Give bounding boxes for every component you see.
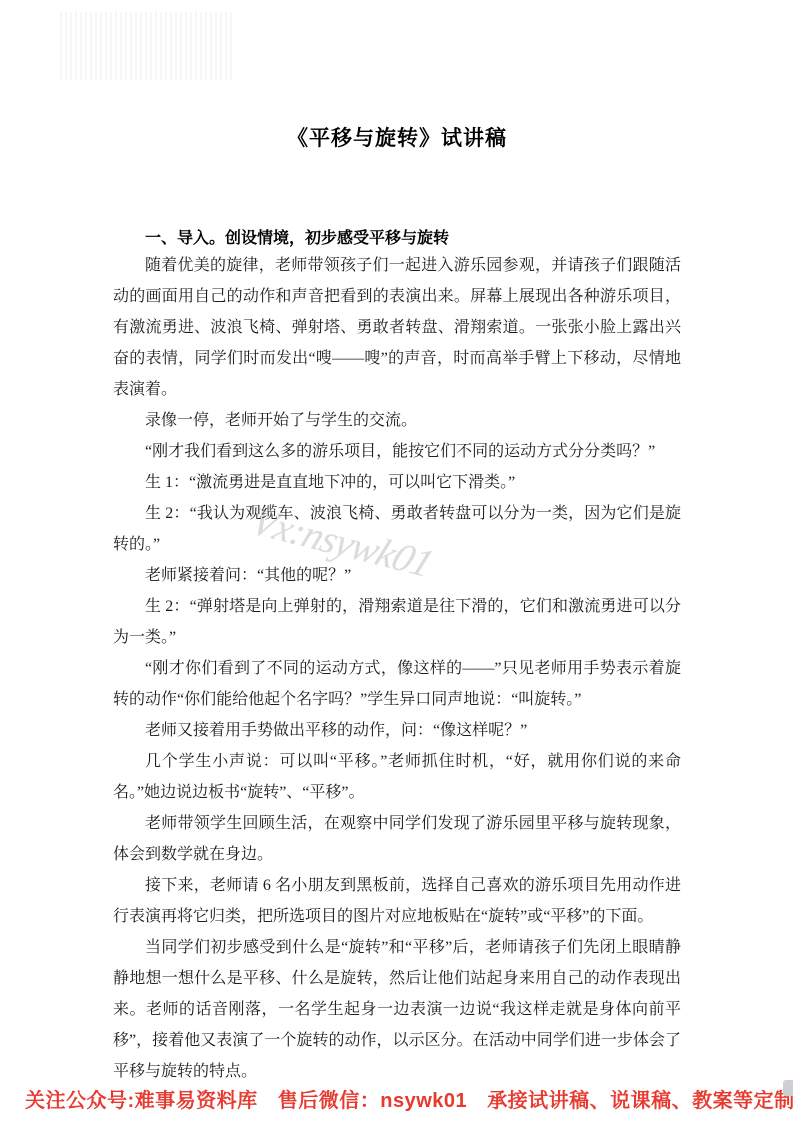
- paragraph: 老师又接着用手势做出平移的动作，问：“像这样呢？”: [113, 715, 681, 746]
- paragraph: 当同学们初步感受到什么是“旋转”和“平移”后，老师请孩子们先闭上眼睛静静地想一想…: [113, 932, 681, 1087]
- scrollbar-thumb[interactable]: [783, 1080, 793, 1096]
- paragraph: 老师带领学生回顾生活，在观察中同学们发现了游乐园里平移与旋转现象，体会到数学就在…: [113, 808, 681, 870]
- paragraph: 生 1：“激流勇进是直直地下冲的，可以叫它下滑类。”: [113, 467, 681, 498]
- section-heading: 一、导入。创设情境，初步感受平移与旋转: [113, 230, 681, 248]
- footer-wechat-id: 售后微信：nsywk01: [278, 1090, 467, 1112]
- paragraph: 几个学生小声说：可以叫“平移。”老师抓住时机，“好，就用你们说的来命名。”她边说…: [113, 746, 681, 808]
- paragraph: 生 2：“弹射塔是向上弹射的，滑翔索道是往下滑的，它们和激流勇进可以分为一类。”: [113, 591, 681, 653]
- footer-services: 承接试讲稿、说课稿、教案等定制业务: [487, 1090, 793, 1112]
- paragraph: 生 2：“我认为观缆车、波浪飞椅、勇敢者转盘可以分为一类，因为它们是旋转的。”: [113, 498, 681, 560]
- paragraph: “刚才你们看到了不同的运动方式，像这样的——”只见老师用手势表示着旋转的动作“你…: [113, 653, 681, 715]
- footer-official-account: 关注公众号:难事易资料库: [25, 1090, 258, 1112]
- document-title: 《平移与旋转》试讲稿: [113, 126, 681, 152]
- paragraph: 接下来，老师请 6 名小朋友到黑板前，选择自己喜欢的游乐项目先用动作进行表演再将…: [113, 870, 681, 932]
- paragraph: “刚才我们看到这么多的游乐项目，能按它们不同的运动方式分分类吗？”: [113, 436, 681, 467]
- document-page: 《平移与旋转》试讲稿 一、导入。创设情境，初步感受平移与旋转 随着优美的旋律，老…: [113, 0, 681, 1087]
- paragraph: 老师紧接着问：“其他的呢？”: [113, 560, 681, 591]
- paragraph: 录像一停，老师开始了与学生的交流。: [113, 405, 681, 436]
- promo-footer: 关注公众号:难事易资料库 售后微信：nsywk01 承接试讲稿、说课稿、教案等定…: [25, 1084, 785, 1113]
- paragraph: 随着优美的旋律，老师带领孩子们一起进入游乐园参观，并请孩子们跟随活动的画面用自己…: [113, 250, 681, 405]
